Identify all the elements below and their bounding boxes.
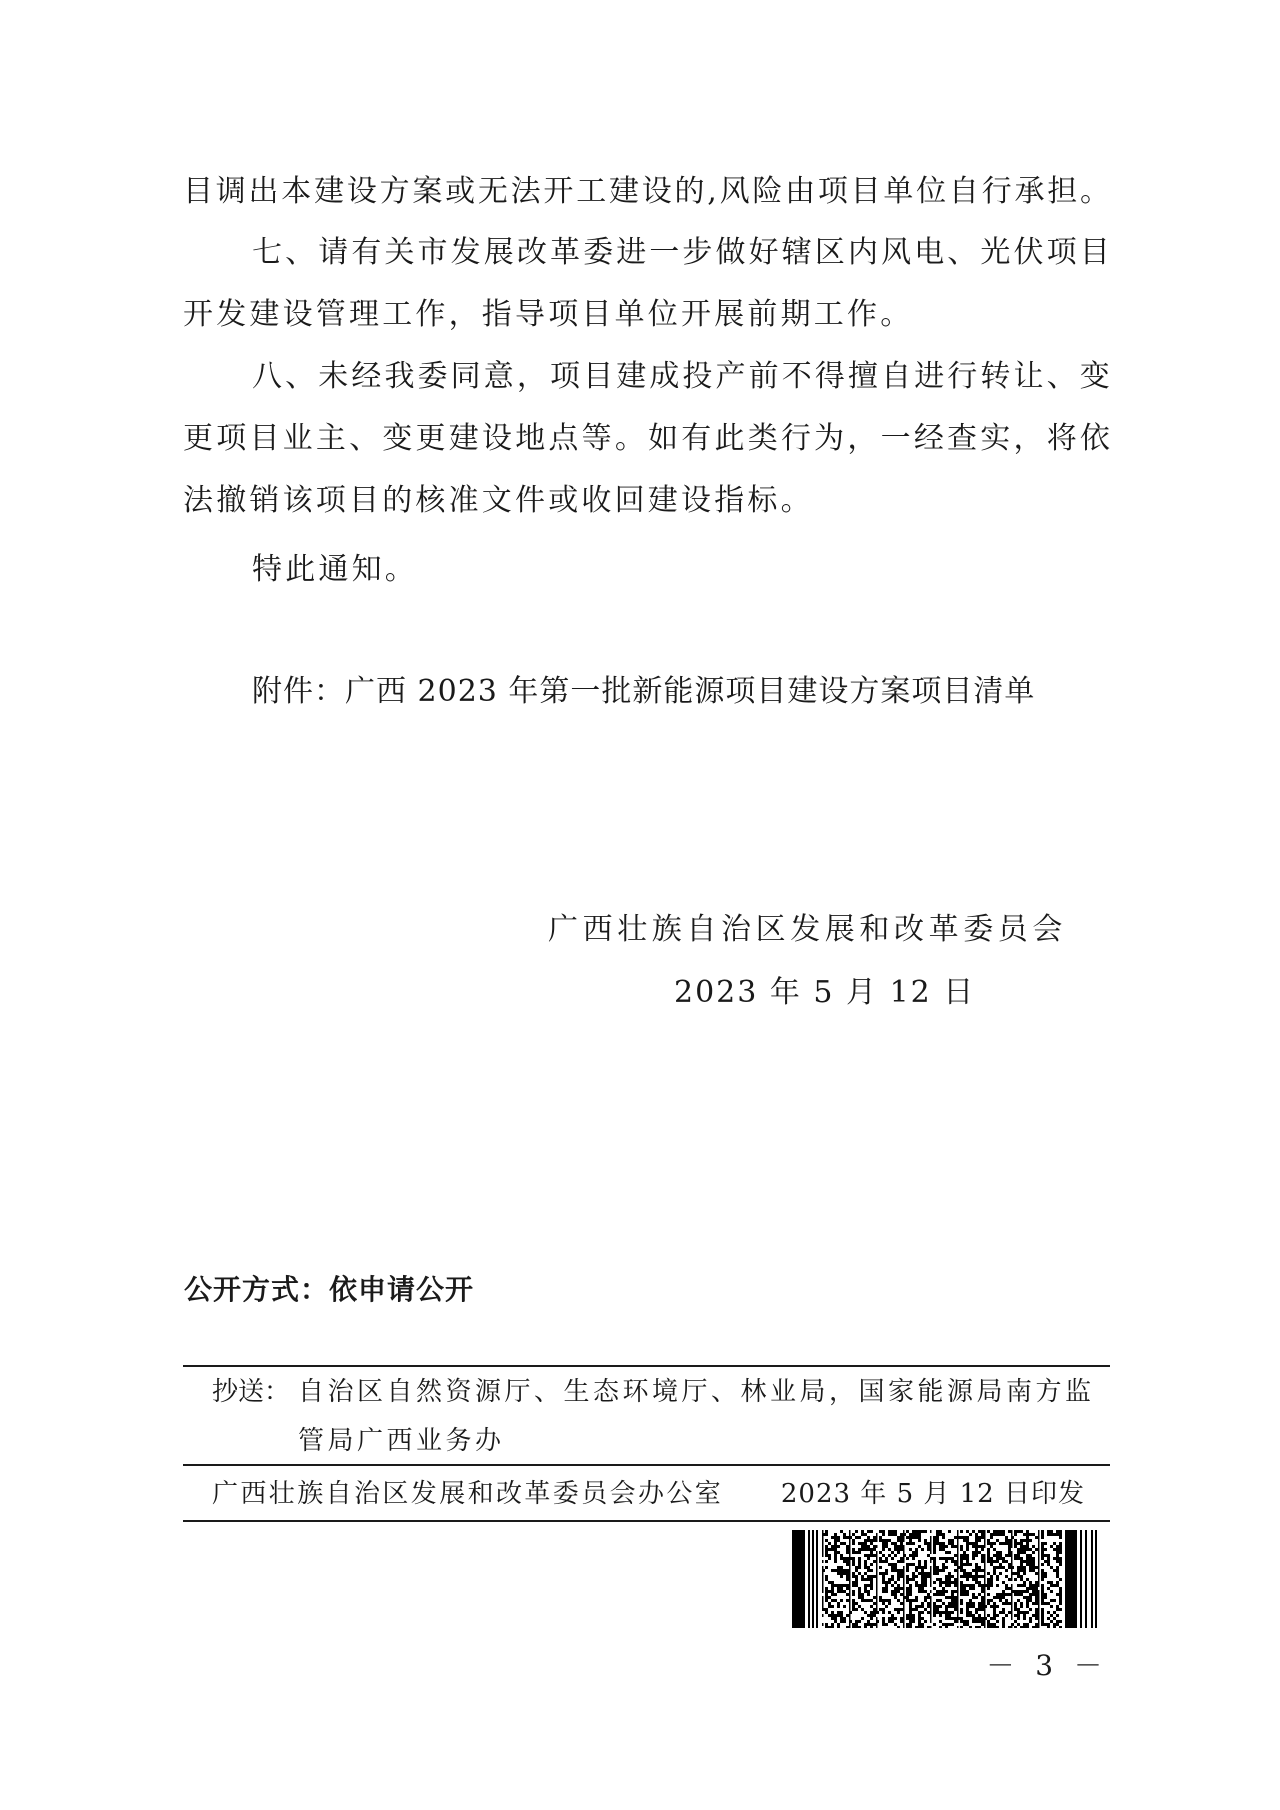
issue-date: 2023 年 5 月 12 日印发 <box>781 1468 1085 1520</box>
cc-label: 抄送： <box>212 1368 290 1417</box>
document-page: 目调出本建设方案或无法开工建设的,风险由项目单位自行承担。 七、请有关市发展改革… <box>0 0 1280 1810</box>
body-line-2: 七、请有关市发展改革委进一步做好辖区内风电、光伏项目 <box>252 222 1110 284</box>
pdf417-barcode-icon <box>792 1530 1098 1628</box>
closing-line: 特此通知。 <box>252 539 1110 601</box>
body-line-4: 八、未经我委同意，项目建成投产前不得擅自进行转让、变 <box>252 346 1110 408</box>
disclosure-method: 公开方式：依申请公开 <box>184 1260 474 1320</box>
footer-bottom-rule <box>183 1520 1110 1522</box>
footer-top-rule <box>183 1365 1110 1367</box>
body-line-1: 目调出本建设方案或无法开工建设的,风险由项目单位自行承担。 <box>183 161 1110 223</box>
signature-organization: 广西壮族自治区发展和改革委员会 <box>548 899 1067 961</box>
disclosure-label: 公开方式： <box>184 1273 329 1306</box>
body-line-5: 更项目业主、变更建设地点等。如有此类行为，一经查实，将依 <box>183 408 1110 470</box>
attachment-line: 附件：广西 2023 年第一批新能源项目建设方案项目清单 <box>252 661 1035 723</box>
cc-recipients: 自治区自然资源厅、生态环境厅、林业局，国家能源局南方监管局广西业务办 <box>298 1368 1110 1466</box>
page-number: － 3 － <box>986 1645 1108 1687</box>
footer-middle-rule <box>183 1464 1110 1466</box>
disclosure-value: 依申请公开 <box>329 1273 474 1306</box>
body-line-3: 开发建设管理工作，指导项目单位开展前期工作。 <box>183 284 1110 346</box>
body-line-6: 法撤销该项目的核准文件或收回建设指标。 <box>183 470 1110 532</box>
issuing-office: 广西壮族自治区发展和改革委员会办公室 <box>212 1468 723 1520</box>
signature-date: 2023 年 5 月 12 日 <box>674 962 975 1024</box>
